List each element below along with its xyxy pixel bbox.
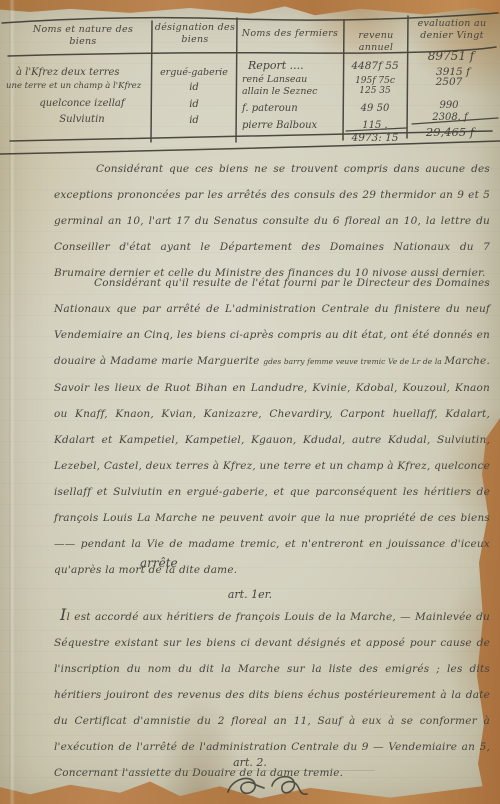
row4-designation: id <box>152 114 236 127</box>
article-2-heading: art. 2. <box>0 756 500 769</box>
row4-revenu: 115 . <box>344 119 406 132</box>
report-evaluation: 89751 f <box>408 50 494 63</box>
total-evaluation: 29,465 f <box>408 126 492 139</box>
row2-fermier: allain le Seznec <box>242 85 342 98</box>
row1-designation: ergué-gaberie <box>152 66 236 79</box>
paragraph-considerant-1: Considérant que ces biens ne se trouvent… <box>54 156 490 286</box>
col-header-evaluation: evaluation au denier Vingt <box>408 18 496 42</box>
paragraph2-main-b: Marche. Savoir les lieux de Ruot Bihan e… <box>54 355 490 576</box>
row4-nature: Sulviutin <box>30 113 134 126</box>
row3-designation: id <box>152 98 236 111</box>
col-header-fermiers: Noms des fermiers <box>240 28 340 40</box>
paragraph-considerant-2: Considérant qu'il resulte de l'état four… <box>54 270 490 583</box>
paragraph3-body: l est accordé aux héritiers de françois … <box>54 611 490 779</box>
row2-revenu: 125 35 <box>344 85 406 98</box>
manuscript-photo: { "table": { "headers": { "col1": "Noms … <box>0 0 500 804</box>
row4-fermier: pierre Balboux <box>242 119 342 132</box>
row1-nature: à l'Kfrez deux terres <box>16 66 152 79</box>
row2-designation: id <box>152 81 236 94</box>
row3-revenu: 49 50 <box>344 102 406 115</box>
col-header-revenu: revenu annuel <box>346 30 406 54</box>
paragraph2-interlinear-note: gdes barry femme veuve tremic Ve de Lr d… <box>263 357 444 366</box>
report-label: Report .... <box>248 59 340 72</box>
arrete-heading: arrête <box>140 556 178 570</box>
row3-nature: quelconce izellaf <box>22 97 142 110</box>
col-header-noms-nature: Noms et nature des biens <box>18 24 148 48</box>
total-revenu: 4973: 15 <box>342 132 408 145</box>
row2-nature: une terre et un champ à l'Kfrez <box>6 80 158 93</box>
col-header-designation: désignation des biens <box>154 22 236 46</box>
signature-flourish <box>0 770 500 804</box>
row3-fermier: f. pateroun <box>242 102 342 115</box>
row2-evaluation: 2507 <box>414 76 484 89</box>
report-revenu: 4487f 55 <box>344 60 406 73</box>
row4-evaluation: 2308. f <box>412 111 488 124</box>
paragraph2-main-a: Considérant qu'il resulte de l'état four… <box>54 277 490 367</box>
article-1-heading: art. 1er. <box>0 588 500 601</box>
